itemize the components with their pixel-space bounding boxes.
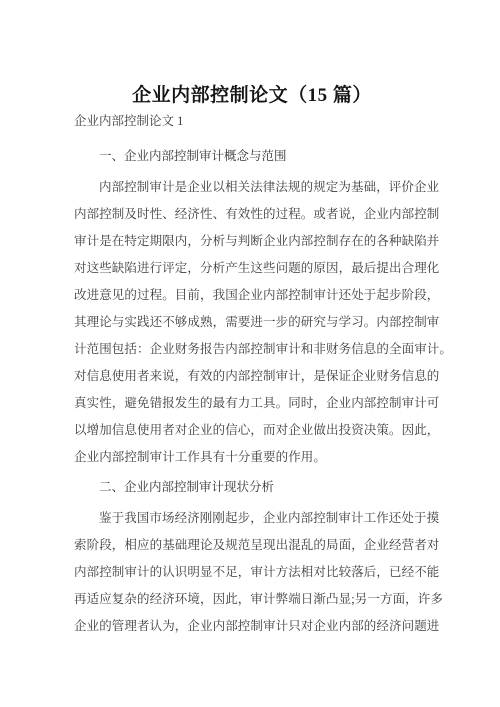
text-line: 内部控制审计的认识明显不足，审计方法相对比较落后，已经不能 xyxy=(74,559,430,586)
section-status-analysis: 二、企业内部控制审计现状分析 鉴于我国市场经济刚刚起步，企业内部控制审计工作还处… xyxy=(74,477,430,640)
text-line: 对信息使用者来说，有效的内部控制审计，是保证企业财务信息的 xyxy=(74,363,430,390)
text-line: 索阶段，相应的基础理论及规范呈现出混乱的局面，企业经营者对 xyxy=(74,532,430,559)
document-page: 企业内部控制论文（15 篇） 企业内部控制论文 1 一、企业内部控制审计概念与范… xyxy=(0,0,500,707)
text-line: 内部控制及时性、经济性、有效性的过程。或者说，企业内部控制 xyxy=(74,201,430,228)
section-2-paragraph: 鉴于我国市场经济刚刚起步，企业内部控制审计工作还处于摸索阶段，相应的基础理论及规… xyxy=(74,505,430,640)
document-title: 企业内部控制论文（15 篇） xyxy=(74,82,430,109)
text-line: 计范围包括：企业财务报告内部控制审计和非财务信息的全面审计。 xyxy=(74,336,430,363)
text-line: 以增加信息使用者对企业的信心，而对企业做出投资决策。因此， xyxy=(74,417,430,444)
section-2-heading: 二、企业内部控制审计现状分析 xyxy=(74,477,430,497)
document-subtitle: 企业内部控制论文 1 xyxy=(74,113,430,129)
text-line: 其理论与实践还不够成熟，需要进一步的研究与学习。内部控制审 xyxy=(74,309,430,336)
text-line: 企业内部控制审计工作具有十分重要的作用。 xyxy=(74,444,430,471)
text-line: 企业的管理者认为，企业内部控制审计只对企业内部的经济问题进 xyxy=(74,613,430,640)
section-1-heading: 一、企业内部控制审计概念与范围 xyxy=(74,146,430,166)
text-line: 鉴于我国市场经济刚刚起步，企业内部控制审计工作还处于摸 xyxy=(74,505,430,532)
text-line: 改进意见的过程。目前，我国企业内部控制审计还处于起步阶段， xyxy=(74,282,430,309)
text-line: 审计是在特定期限内，分析与判断企业内部控制存在的各种缺陷并 xyxy=(74,228,430,255)
text-line: 对这些缺陷进行评定，分析产生这些问题的原因，最后提出合理化 xyxy=(74,255,430,282)
text-line: 内部控制审计是企业以相关法律法规的规定为基础，评价企业 xyxy=(74,174,430,201)
section-1-paragraph: 内部控制审计是企业以相关法律法规的规定为基础，评价企业内部控制及时性、经济性、有… xyxy=(74,174,430,471)
text-line: 真实性，避免错报发生的最有力工具。同时，企业内部控制审计可 xyxy=(74,390,430,417)
section-concept-and-scope: 一、企业内部控制审计概念与范围 内部控制审计是企业以相关法律法规的规定为基础，评… xyxy=(74,146,430,471)
text-line: 再适应复杂的经济环境，因此，审计弊端日渐凸显;另一方面，许多 xyxy=(74,586,430,613)
